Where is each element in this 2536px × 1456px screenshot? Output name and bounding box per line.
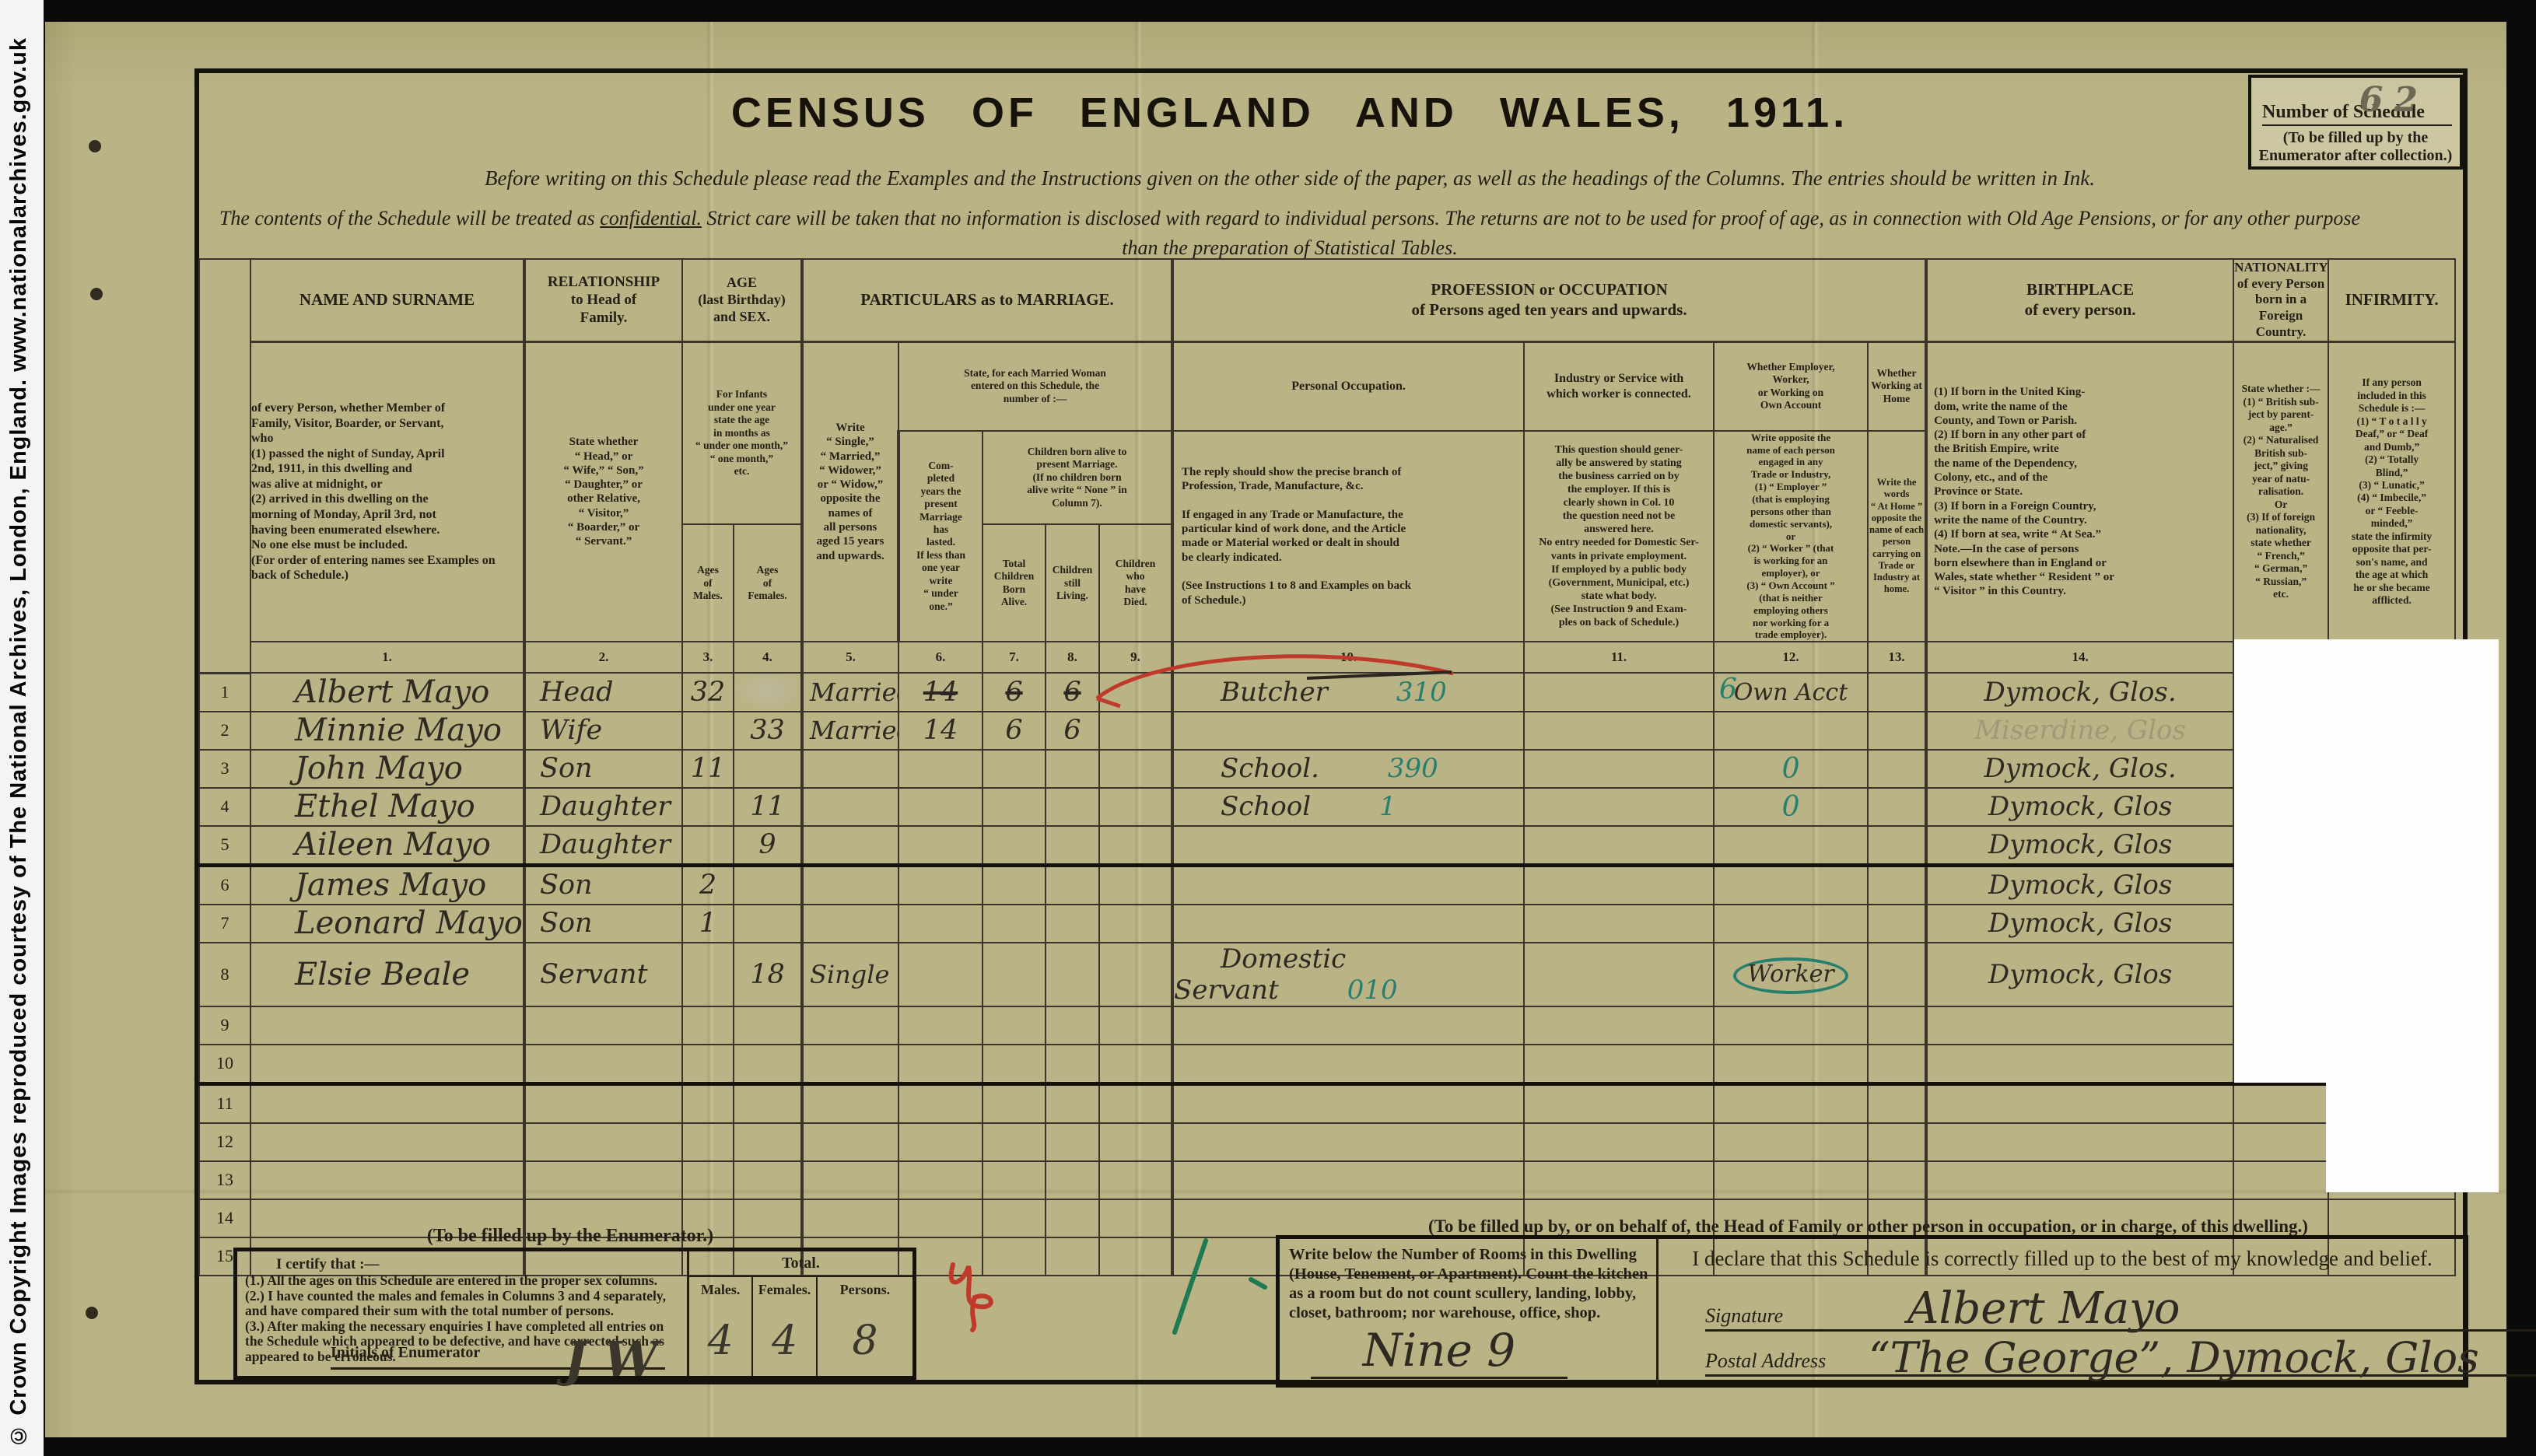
industry-description: This question should gener- ally be answ… (1524, 431, 1714, 642)
cell-age-females: 9 (734, 826, 802, 866)
col-num-14: 14. (1926, 642, 2233, 673)
cell-industry (1524, 943, 1714, 1006)
cell-marital-status: Married (802, 673, 898, 712)
cell-children-died (1099, 1161, 1172, 1199)
cell-marital-status (802, 1161, 898, 1199)
athome-description: Write the words “ At Home ” opposite the… (1868, 431, 1926, 642)
cell-working-at-home (1868, 905, 1926, 943)
cell-employer-status (1714, 712, 1868, 750)
cell-marital-status (802, 1123, 898, 1161)
cell-children-living (1046, 826, 1099, 866)
cell-children-living (1046, 905, 1099, 943)
cell-working-at-home (1868, 1045, 1926, 1084)
cell-marital-status (802, 1083, 898, 1123)
cell-employer-status: 0 (1714, 750, 1868, 788)
cell-name: Elsie Beale (250, 943, 524, 1006)
cell-relationship: Head (524, 673, 682, 712)
col-num-1: 1. (250, 642, 524, 673)
cell-children-born (983, 1083, 1046, 1123)
cell-age-females (734, 865, 802, 905)
cell-employer-status (1714, 865, 1868, 905)
cell-birthplace (1926, 1045, 2233, 1084)
cell-birthplace: Dymock, Glos. (1926, 750, 2233, 788)
cell-working-at-home (1868, 1123, 1926, 1161)
cell-industry (1524, 1161, 1714, 1199)
rooms-value: Nine 9 (1311, 1324, 1567, 1379)
cell-children-born (983, 865, 1046, 905)
cell-working-at-home (1868, 788, 1926, 826)
col-num-4: 4. (734, 642, 802, 673)
cell-birthplace: Dymock, Glos. (1926, 673, 2233, 712)
totals-males-column: Males. 4 (689, 1277, 753, 1376)
cell-age-males: 1 (682, 905, 734, 943)
infirmity-description: If any person included in this Schedule … (2328, 341, 2455, 642)
cell-industry (1524, 750, 1714, 788)
cell-age-females: 11 (734, 788, 802, 826)
table-row: 8Elsie BealeServant18SingleDomestic Serv… (199, 943, 2455, 1006)
cell-occupation (1172, 1006, 1524, 1045)
census-schedule-paper: Number of Schedule 62 (To be filled up b… (45, 22, 2506, 1437)
cell-employer-status: 0 (1714, 788, 1868, 826)
cell-row-number: 1 (199, 673, 250, 712)
rooms-box: Write below the Number of Rooms in this … (1280, 1239, 1659, 1384)
cell-row-number: 9 (199, 1006, 250, 1045)
cell-row-number: 12 (199, 1123, 250, 1161)
confidential-word: confidential. (600, 207, 702, 229)
cell-children-died (1099, 1006, 1172, 1045)
signature-label: Signature (1705, 1304, 1783, 1328)
cell-occupation (1172, 1123, 1524, 1161)
enumerator-initials: J W (564, 1331, 658, 1388)
cell-industry (1524, 673, 1714, 712)
cell-occupation: School.390 (1172, 750, 1524, 788)
cell-nationality (2233, 1123, 2328, 1161)
cell-industry (1524, 712, 1714, 750)
col-num-3: 3. (682, 642, 734, 673)
cell-children-born (983, 826, 1046, 866)
col-header-nationality: NATIONALITY of every Person born in a Fo… (2233, 259, 2328, 341)
schedule-number-note: (To be filled up by the Enumerator after… (2258, 129, 2454, 165)
cell-name: Leonard Mayo (250, 905, 524, 943)
cell-name: Aileen Mayo (250, 826, 524, 866)
totals-persons-column: Persons. 8 (818, 1277, 912, 1376)
instruction-line: Before writing on this Schedule please r… (240, 166, 2340, 191)
cell-industry (1524, 905, 1714, 943)
certify-item-1: (1.) All the ages on this Schedule are e… (245, 1273, 682, 1289)
cell-occupation: School1 (1172, 788, 1524, 826)
age-infants-description: For Infants under one year state the age… (682, 341, 802, 524)
children-died-label: Children who have Died. (1099, 524, 1172, 642)
cell-age-females: 33 (734, 712, 802, 750)
cell-industry (1524, 826, 1714, 866)
cell-name (250, 1006, 524, 1045)
cell-children-living (1046, 1237, 1099, 1276)
cell-age-males (682, 1006, 734, 1045)
enumerator-certify: I certify that :— (1.) All the ages on t… (237, 1251, 687, 1376)
nationality-description: State whether :— (1) “ British sub- ject… (2233, 341, 2328, 642)
cell-nationality (2233, 1161, 2328, 1199)
cell-age-males (682, 943, 734, 1006)
initials-row: Initials of Enumerator J W (331, 1344, 665, 1370)
table-row: 10 (199, 1045, 2455, 1084)
cell-children-born (983, 1199, 1046, 1237)
cell-industry (1524, 1123, 1714, 1161)
col-num-6: 6. (898, 642, 983, 673)
col-header-age: AGE (last Birthday) and SEX. (682, 259, 802, 341)
declaration-area: I declare that this Schedule is correctl… (1659, 1239, 2464, 1384)
cell-birthplace: Dymock, Glos (1926, 943, 2233, 1006)
blank-white-patch (2326, 639, 2499, 1192)
cell-age-males (682, 788, 734, 826)
col-num-11: 11. (1524, 642, 1714, 673)
confidential-line: The contents of the Schedule will be tre… (208, 207, 2371, 230)
marriage-years-description: Com- pleted years the present Marriage h… (898, 431, 983, 642)
cell-children-died (1099, 943, 1172, 1006)
cell-children-living (1046, 1123, 1099, 1161)
col-num-7: 7. (983, 642, 1046, 673)
table-row: 6James MayoSon2Dymock, Glos (199, 865, 2455, 905)
cell-age-males: 2 (682, 865, 734, 905)
birthplace-description: (1) If born in the United King- dom, wri… (1926, 341, 2233, 642)
cell-employer-status (1714, 905, 1868, 943)
cell-children-born (983, 1123, 1046, 1161)
punch-hole (90, 288, 103, 300)
cell-children-born (983, 788, 1046, 826)
cell-row-number: 2 (199, 712, 250, 750)
children-born-label: Total Children Born Alive. (983, 524, 1046, 642)
cell-working-at-home (1868, 750, 1926, 788)
cell-children-died (1099, 750, 1172, 788)
form-title: CENSUS OF ENGLAND AND WALES, 1911. (512, 89, 2068, 137)
cell-relationship: Son (524, 865, 682, 905)
cell-children-died (1099, 1083, 1172, 1123)
cell-children-died (1099, 905, 1172, 943)
cell-marriage-years (898, 905, 983, 943)
cell-employer-status (1714, 1161, 1868, 1199)
table-row: 13 (199, 1161, 2455, 1199)
cell-employer-status (1714, 1006, 1868, 1045)
cell-birthplace: Dymock, Glos (1926, 865, 2233, 905)
col-num-5: 5. (802, 642, 898, 673)
cell-relationship: Daughter (524, 826, 682, 866)
cell-marriage-years (898, 943, 983, 1006)
cell-row-number: 8 (199, 943, 250, 1006)
cell-marriage-years (898, 1083, 983, 1123)
schedule-number-box: Number of Schedule 62 (To be filled up b… (2248, 75, 2463, 170)
cell-children-born (983, 750, 1046, 788)
name-description: of every Person, whether Member of Famil… (250, 341, 524, 642)
marital-status-description: Write “ Single,” “ Married,” “ Widower,”… (802, 341, 898, 642)
cell-industry (1524, 788, 1714, 826)
cell-working-at-home (1868, 673, 1926, 712)
totals-title: Total. (689, 1251, 912, 1277)
cell-employer-status: Worker (1714, 943, 1868, 1006)
cell-row-number: 4 (199, 788, 250, 826)
industry-subtitle: Industry or Service with which worker is… (1524, 341, 1714, 431)
red-correction-arc (1080, 641, 1492, 719)
cell-children-born (983, 1045, 1046, 1084)
cell-employer-status (1714, 826, 1868, 866)
cell-marriage-years (898, 1123, 983, 1161)
cell-working-at-home (1868, 1083, 1926, 1123)
females-total: 4 (753, 1305, 815, 1376)
cell-name: Minnie Mayo (250, 712, 524, 750)
cell-children-died (1099, 826, 1172, 866)
children-header: Children born alive to present Marriage.… (983, 431, 1172, 525)
table-row: 4Ethel MayoDaughter11School10Dymock, Glo… (199, 788, 2455, 826)
cell-employer-status (1714, 1083, 1868, 1123)
cell-children-living (1046, 1199, 1099, 1237)
signature-value: Albert Mayo (1907, 1283, 2180, 1334)
cell-age-males (682, 1161, 734, 1199)
cell-age-females (734, 673, 802, 712)
athome-title: Whether Working at Home (1868, 341, 1926, 431)
cell-name (250, 1123, 524, 1161)
cell-age-females (734, 905, 802, 943)
cell-age-males (682, 1045, 734, 1084)
cell-industry (1524, 865, 1714, 905)
cell-age-males (682, 712, 734, 750)
cell-birthplace: Miserdine, Glos (1926, 712, 2233, 750)
cell-children-died (1099, 1045, 1172, 1084)
cell-age-females (734, 1045, 802, 1084)
cell-employer-status: 6Own Acct (1714, 673, 1868, 712)
cell-birthplace: Dymock, Glos (1926, 905, 2233, 943)
cell-children-living (1046, 1045, 1099, 1084)
cell-industry (1524, 1045, 1714, 1084)
rooms-instructions: Write below the Number of Rooms in this … (1289, 1245, 1648, 1323)
cell-marital-status (802, 1045, 898, 1084)
cell-industry (1524, 1006, 1714, 1045)
table-row: 7Leonard MayoSon1Dymock, Glos (199, 905, 2455, 943)
occupation-description: The reply should show the precise branch… (1172, 431, 1524, 642)
col-header-name: NAME AND SURNAME (250, 259, 524, 341)
col-header-marriage: PARTICULARS as to MARRIAGE. (802, 259, 1172, 341)
postal-address-value: “The George”, Dymock, Glos (1869, 1333, 2479, 1382)
certify-item-2: (2.) I have counted the males and female… (245, 1289, 682, 1319)
married-woman-header: State, for each Married Woman entered on… (898, 341, 1172, 431)
cell-name (250, 1045, 524, 1084)
cell-children-living (1046, 865, 1099, 905)
row-number-column-header (199, 259, 250, 673)
totals-females-column: Females. 4 (753, 1277, 817, 1376)
females-label: Females. (753, 1277, 815, 1305)
cell-marriage-years (898, 826, 983, 866)
copyright-text: © Crown Copyright Images reproduced cour… (6, 37, 32, 1448)
cell-marital-status (802, 865, 898, 905)
cell-children-born (983, 905, 1046, 943)
cell-marital-status (802, 1006, 898, 1045)
cell-relationship (524, 1123, 682, 1161)
males-total: 4 (689, 1305, 751, 1376)
cell-birthplace: Dymock, Glos (1926, 826, 2233, 866)
cell-marital-status (802, 788, 898, 826)
cell-age-females: 18 (734, 943, 802, 1006)
cell-working-at-home (1868, 1161, 1926, 1199)
cell-name (250, 1083, 524, 1123)
red-squiggle-mark (937, 1251, 1039, 1352)
confidential-line-2: than the preparation of Statistical Tabl… (208, 236, 2371, 260)
enumerator-section-heading: (To be filled up by the Enumerator.) (240, 1226, 901, 1247)
relationship-description: State whether “ Head,” or “ Wife,” “ Son… (524, 341, 682, 642)
table-row: 3John MayoSon11School.3900Dymock, Glos. (199, 750, 2455, 788)
signature-row: Signature Albert Mayo (1705, 1293, 2536, 1332)
copyright-strip: © Crown Copyright Images reproduced cour… (0, 0, 44, 1456)
cell-working-at-home (1868, 712, 1926, 750)
cell-children-living (1046, 1083, 1099, 1123)
green-slash-mark (1158, 1231, 1290, 1340)
cell-marriage-years: 14 (898, 673, 983, 712)
enumerator-box: I certify that :— (1.) All the ages on t… (233, 1248, 916, 1380)
cell-age-females (734, 1083, 802, 1123)
cell-marriage-years (898, 1161, 983, 1199)
household-section-heading: (To be filled up by, or on behalf of, th… (1276, 1216, 2461, 1237)
col-num-12: 12. (1714, 642, 1868, 673)
cell-children-born: 6 (983, 673, 1046, 712)
cell-employer-status (1714, 1045, 1868, 1084)
col-header-profession: PROFESSION or OCCUPATION of Persons aged… (1172, 259, 1926, 341)
cell-marital-status: Single (802, 943, 898, 1006)
cell-nationality (2233, 1083, 2328, 1123)
occupation-subtitle: Personal Occupation. (1172, 341, 1524, 431)
employer-description: Write opposite the name of each person e… (1714, 431, 1868, 642)
household-box: Write below the Number of Rooms in this … (1276, 1235, 2468, 1388)
cell-marriage-years (898, 865, 983, 905)
cell-children-living (1046, 1161, 1099, 1199)
cell-age-males (682, 826, 734, 866)
cell-children-living (1046, 750, 1099, 788)
col-header-birthplace: BIRTHPLACE of every person. (1926, 259, 2233, 341)
col-header-relationship: RELATIONSHIP to Head of Family. (524, 259, 682, 341)
cell-marriage-years (898, 788, 983, 826)
punch-hole (86, 1307, 98, 1319)
cell-working-at-home (1868, 943, 1926, 1006)
ages-males-label: Ages of Males. (682, 524, 734, 642)
cell-name: James Mayo (250, 865, 524, 905)
census-table: NAME AND SURNAME RELATIONSHIP to Head of… (198, 258, 2456, 1276)
col-num-13: 13. (1868, 642, 1926, 673)
census-document-scan: © Crown Copyright Images reproduced cour… (0, 0, 2536, 1456)
cell-occupation (1172, 1083, 1524, 1123)
cell-relationship (524, 1045, 682, 1084)
cell-row-number: 13 (199, 1161, 250, 1199)
cell-children-born (983, 943, 1046, 1006)
cell-age-males (682, 1083, 734, 1123)
cell-relationship: Son (524, 905, 682, 943)
cell-marriage-years (898, 1045, 983, 1084)
cell-children-died (1099, 865, 1172, 905)
col-num-2: 2. (524, 642, 682, 673)
cell-marriage-years: 14 (898, 712, 983, 750)
cell-marriage-years (898, 1006, 983, 1045)
table-row: 12 (199, 1123, 2455, 1161)
cell-occupation (1172, 905, 1524, 943)
cell-children-born (983, 1006, 1046, 1045)
males-label: Males. (689, 1277, 751, 1305)
cell-marital-status (802, 905, 898, 943)
cell-row-number: 6 (199, 865, 250, 905)
cell-name: John Mayo (250, 750, 524, 788)
declaration-text: I declare that this Schedule is correctl… (1679, 1247, 2446, 1271)
cell-relationship (524, 1083, 682, 1123)
cell-children-born (983, 1161, 1046, 1199)
punch-hole (89, 140, 101, 152)
cell-birthplace (1926, 1161, 2233, 1199)
cell-name: Albert Mayo (250, 673, 524, 712)
cell-row-number: 3 (199, 750, 250, 788)
cell-row-number: 11 (199, 1083, 250, 1123)
cell-relationship: Wife (524, 712, 682, 750)
cell-relationship: Servant (524, 943, 682, 1006)
cell-relationship: Daughter (524, 788, 682, 826)
cell-marital-status (802, 826, 898, 866)
cell-children-died (1099, 1123, 1172, 1161)
certify-intro: I certify that :— (245, 1256, 682, 1273)
cell-birthplace: Dymock, Glos (1926, 788, 2233, 826)
schedule-number-value: 62 (2359, 80, 2429, 120)
cell-children-died (1099, 788, 1172, 826)
cell-row-number: 10 (199, 1045, 250, 1084)
cell-marriage-years (898, 750, 983, 788)
cell-working-at-home (1868, 826, 1926, 866)
cell-marital-status (802, 750, 898, 788)
cell-children-living (1046, 943, 1099, 1006)
persons-total: 8 (818, 1305, 912, 1376)
cell-working-at-home (1868, 1006, 1926, 1045)
ages-females-label: Ages of Females. (734, 524, 802, 642)
totals-table: Total. Males. 4 Females. 4 Persons. 8 (687, 1251, 912, 1376)
cell-age-males (682, 1123, 734, 1161)
postal-address-label: Postal Address (1705, 1349, 1826, 1373)
table-row: 9 (199, 1006, 2455, 1045)
cell-name (250, 1161, 524, 1199)
children-living-label: Children still Living. (1046, 524, 1099, 642)
cell-children-living (1046, 788, 1099, 826)
cell-occupation (1172, 1161, 1524, 1199)
cell-birthplace (1926, 1006, 2233, 1045)
cell-occupation (1172, 826, 1524, 866)
cell-birthplace (1926, 1083, 2233, 1123)
cell-age-females (734, 1006, 802, 1045)
cell-industry (1524, 1083, 1714, 1123)
employer-title: Whether Employer, Worker, or Working on … (1714, 341, 1868, 431)
cell-row-number: 7 (199, 905, 250, 943)
postal-address-row: Postal Address “The George”, Dymock, Glo… (1705, 1339, 2536, 1377)
cell-name: Ethel Mayo (250, 788, 524, 826)
col-header-infirmity: INFIRMITY. (2328, 259, 2455, 341)
persons-label: Persons. (818, 1277, 912, 1305)
initials-label: Initials of Enumerator (331, 1344, 480, 1361)
cell-birthplace (1926, 1123, 2233, 1161)
cell-relationship (524, 1161, 682, 1199)
cell-marital-status: Married (802, 712, 898, 750)
cell-children-born: 6 (983, 712, 1046, 750)
cell-row-number: 5 (199, 826, 250, 866)
cell-marriage-years (898, 1199, 983, 1237)
cell-age-males: 11 (682, 750, 734, 788)
cell-children-living (1046, 1006, 1099, 1045)
cell-age-males: 32 (682, 673, 734, 712)
cell-age-females (734, 1123, 802, 1161)
cell-age-females (734, 750, 802, 788)
cell-occupation (1172, 1045, 1524, 1084)
cell-working-at-home (1868, 865, 1926, 905)
table-row: 11 (199, 1083, 2455, 1123)
cell-occupation (1172, 865, 1524, 905)
cell-relationship (524, 1006, 682, 1045)
table-row: 5Aileen MayoDaughter9Dymock, Glos (199, 826, 2455, 866)
cell-relationship: Son (524, 750, 682, 788)
